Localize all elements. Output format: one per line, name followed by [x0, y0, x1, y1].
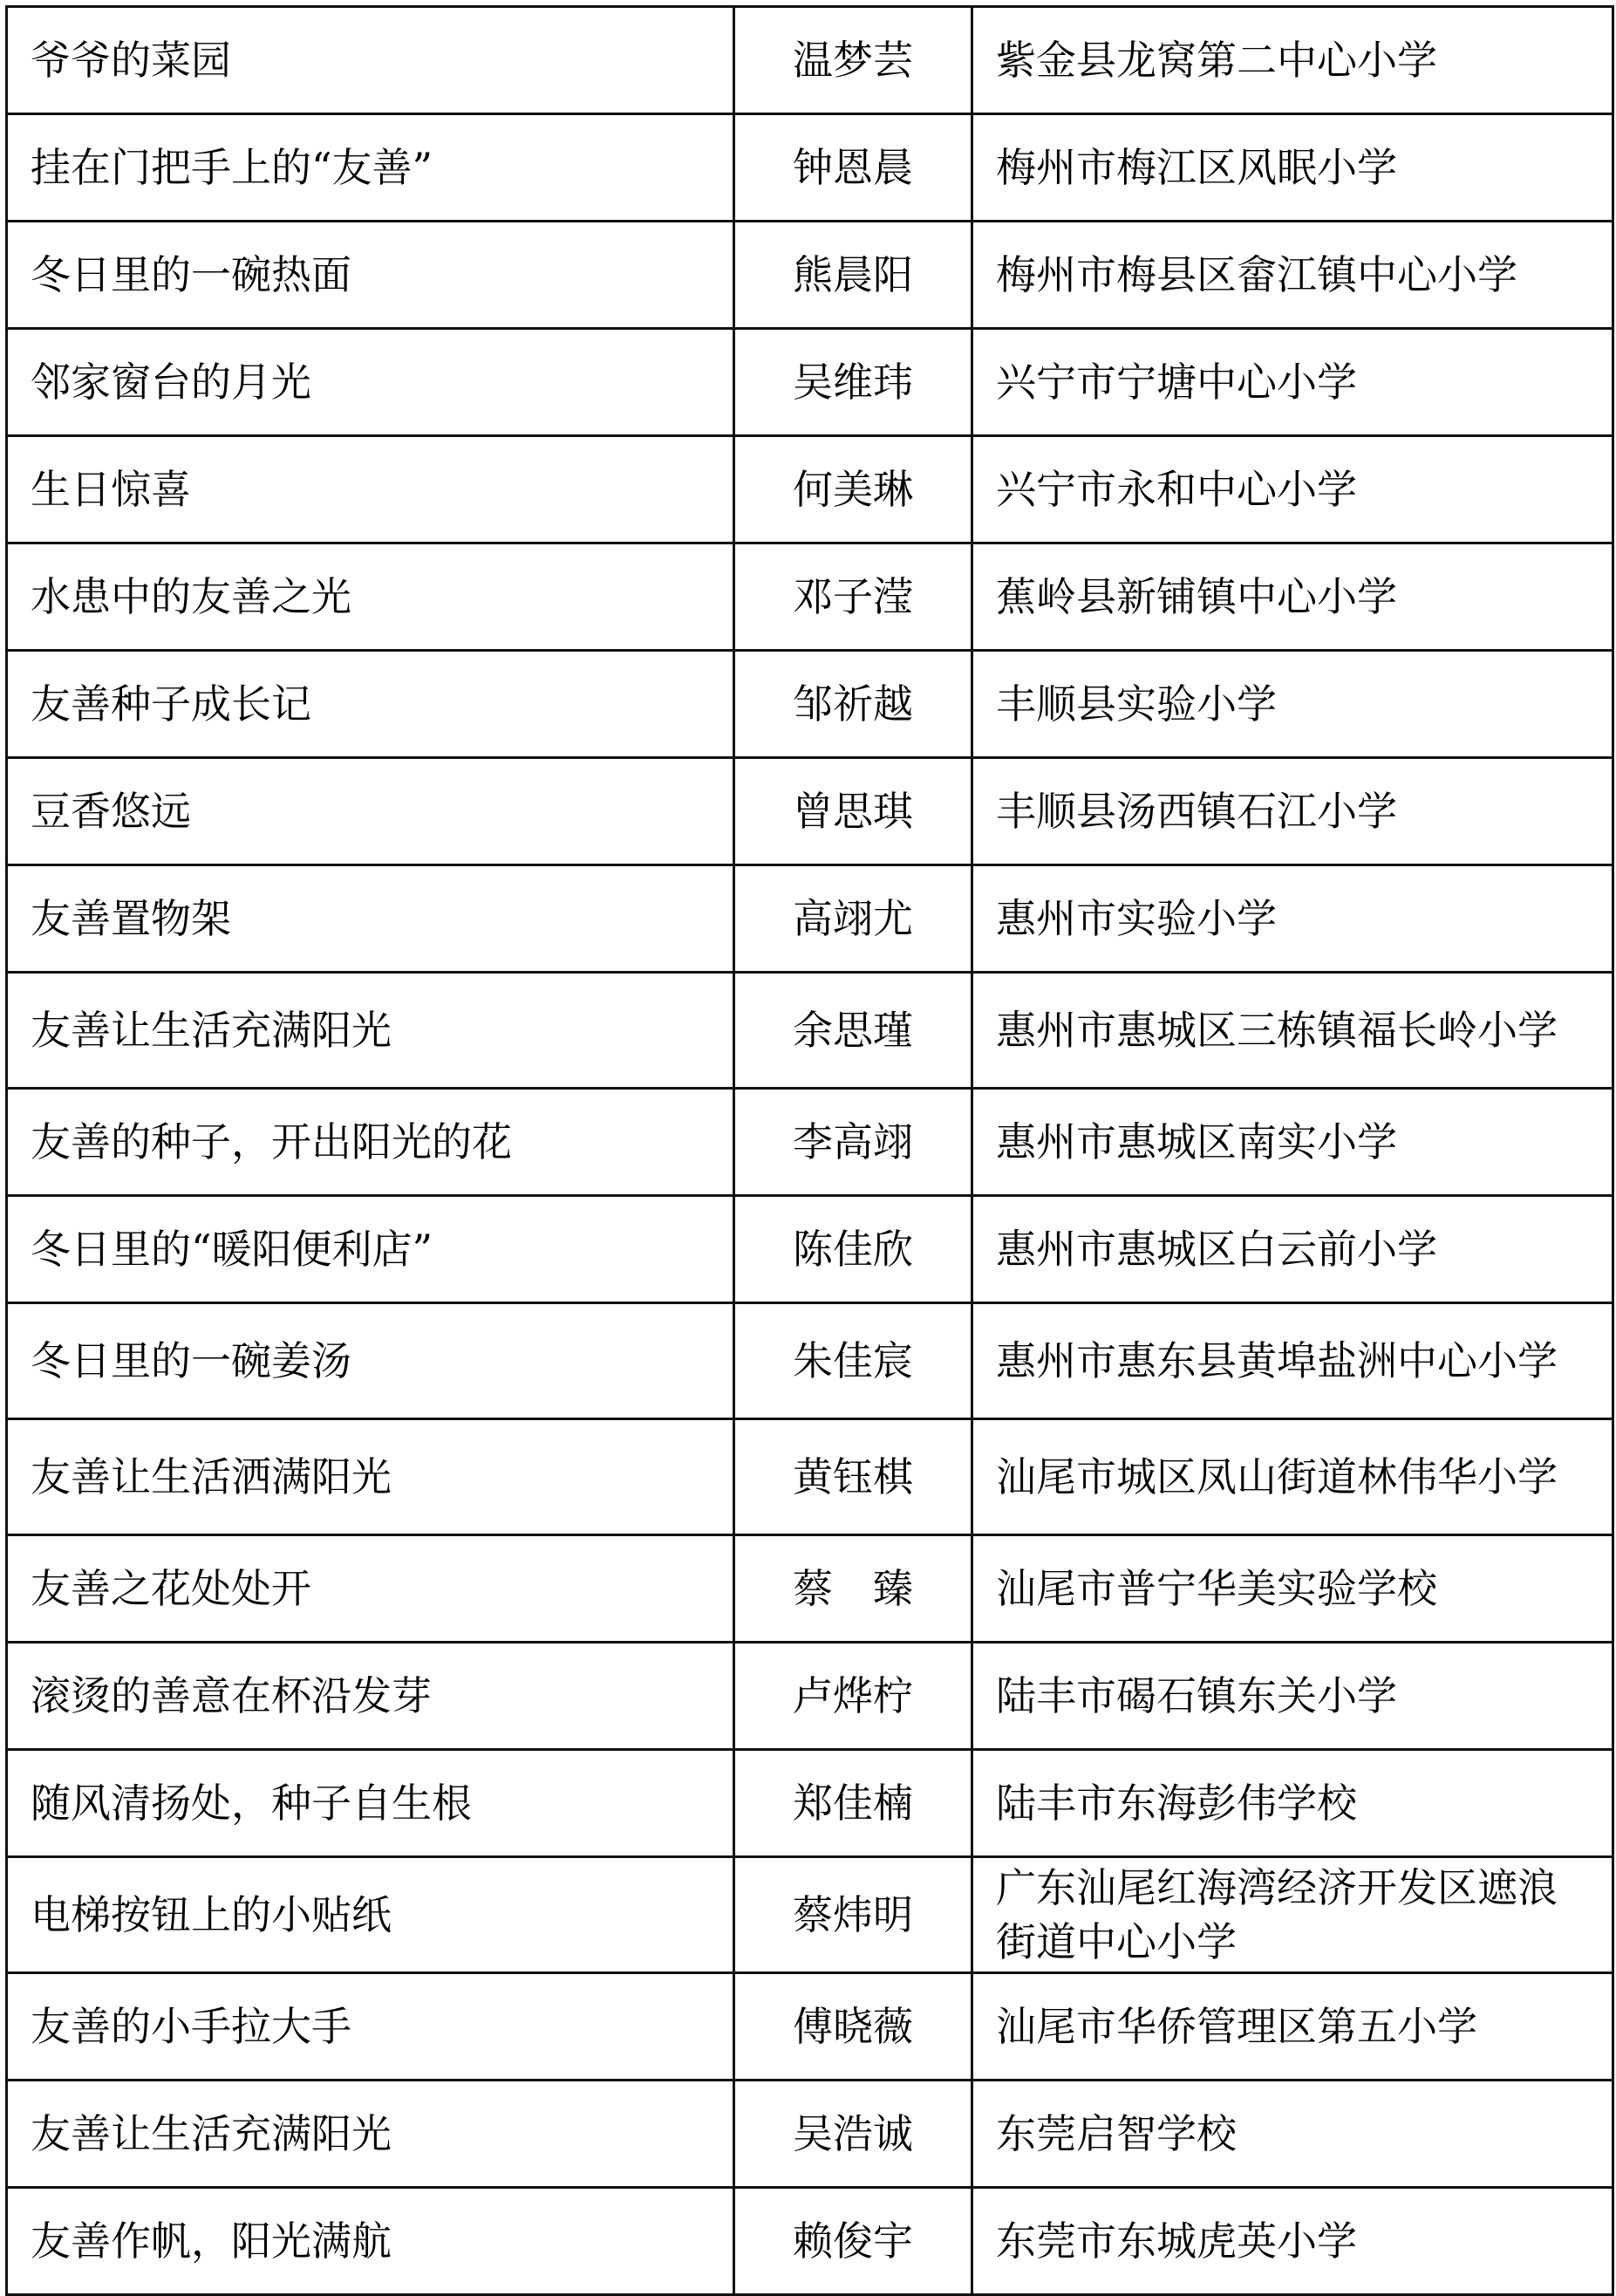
- table-row: 友善种子成长记邹祈越丰顺县实验小学: [7, 651, 1613, 758]
- author-name: 余思瑾: [734, 973, 972, 1089]
- author-name: 高翊尤: [734, 865, 972, 973]
- author-name: 钟恩晨: [734, 114, 972, 222]
- author-name: 李高翊: [734, 1089, 972, 1196]
- school-name: 兴宁市永和中心小学: [972, 436, 1613, 543]
- school-name: 陆丰市东海彭伟学校: [972, 1750, 1613, 1857]
- work-title: 冬日里的一碗热面: [7, 222, 734, 329]
- work-title: 电梯按钮上的小贴纸: [7, 1857, 734, 1973]
- table-row: 友善让生活充满阳光余思瑾惠州市惠城区三栋镇福长岭小学: [7, 973, 1613, 1089]
- author-name: 温梦芸: [734, 7, 972, 114]
- table-row: 滚烫的善意在杯沿发芽卢烨柠陆丰市碣石镇东关小学: [7, 1643, 1613, 1750]
- work-title: 滚烫的善意在杯沿发芽: [7, 1643, 734, 1750]
- work-title: 友善让生活充满阳光: [7, 2081, 734, 2188]
- school-name: 梅州市梅县区畲江镇中心小学: [972, 222, 1613, 329]
- award-table-body: 爷爷的菜园温梦芸紫金县龙窝第二中心小学 挂在门把手上的“友善”钟恩晨梅州市梅江区…: [7, 7, 1613, 2295]
- school-name: 兴宁市宁塘中心小学: [972, 329, 1613, 436]
- school-name: 陆丰市碣石镇东关小学: [972, 1643, 1613, 1750]
- work-title: 水患中的友善之光: [7, 543, 734, 651]
- school-name: 惠州市惠城区三栋镇福长岭小学: [972, 973, 1613, 1089]
- school-name: 汕尾市城区凤山街道林伟华小学: [972, 1419, 1613, 1535]
- school-name: 惠州市惠城区白云前小学: [972, 1196, 1613, 1303]
- table-row: 挂在门把手上的“友善”钟恩晨梅州市梅江区风眠小学: [7, 114, 1613, 222]
- table-row: 友善的种子，开出阳光的花李高翊惠州市惠城区南实小学: [7, 1089, 1613, 1196]
- work-title: 挂在门把手上的“友善”: [7, 114, 734, 222]
- school-name: 紫金县龙窝第二中心小学: [972, 7, 1613, 114]
- author-name: 卢烨柠: [734, 1643, 972, 1750]
- award-list-table: 爷爷的菜园温梦芸紫金县龙窝第二中心小学 挂在门把手上的“友善”钟恩晨梅州市梅江区…: [5, 5, 1614, 2296]
- author-name: 蔡 臻: [734, 1535, 972, 1643]
- work-title: 友善之花处处开: [7, 1535, 734, 1643]
- work-title: 友善的小手拉大手: [7, 1973, 734, 2081]
- school-name: 丰顺县实验小学: [972, 651, 1613, 758]
- table-row: 友善置物架高翊尤惠州市实验小学: [7, 865, 1613, 973]
- author-name: 郑佳楠: [734, 1750, 972, 1857]
- table-row: 友善的小手拉大手傅晓薇汕尾市华侨管理区第五小学: [7, 1973, 1613, 2081]
- table-row: 爷爷的菜园温梦芸紫金县龙窝第二中心小学: [7, 7, 1613, 114]
- work-title: 随风清扬处，种子自生根: [7, 1750, 734, 1857]
- work-title: 豆香悠远: [7, 758, 734, 865]
- school-name: 东莞市东城虎英小学: [972, 2188, 1613, 2295]
- school-name: 惠州市惠东县黄埠盐洲中心小学: [972, 1303, 1613, 1419]
- table-row: 豆香悠远曾思琪丰顺县汤西镇石江小学: [7, 758, 1613, 865]
- school-name: 蕉岭县新铺镇中心小学: [972, 543, 1613, 651]
- work-title: 友善作帆，阳光满航: [7, 2188, 734, 2295]
- author-name: 朱佳宸: [734, 1303, 972, 1419]
- author-name: 黄钰棋: [734, 1419, 972, 1535]
- work-title: 友善种子成长记: [7, 651, 734, 758]
- author-name: 邹祈越: [734, 651, 972, 758]
- author-name: 熊晨阳: [734, 222, 972, 329]
- table-row: 生日惊喜何美琳兴宁市永和中心小学: [7, 436, 1613, 543]
- school-name: 惠州市实验小学: [972, 865, 1613, 973]
- work-title: 邻家窗台的月光: [7, 329, 734, 436]
- work-title: 友善置物架: [7, 865, 734, 973]
- author-name: 何美琳: [734, 436, 972, 543]
- author-name: 吴维玮: [734, 329, 972, 436]
- author-name: 吴浩诚: [734, 2081, 972, 2188]
- school-name: 汕尾市普宁华美实验学校: [972, 1535, 1613, 1643]
- school-name: 汕尾市华侨管理区第五小学: [972, 1973, 1613, 2081]
- table-row: 水患中的友善之光邓子滢蕉岭县新铺镇中心小学: [7, 543, 1613, 651]
- work-title: 冬日里的一碗姜汤: [7, 1303, 734, 1419]
- author-name: 赖俊宇: [734, 2188, 972, 2295]
- work-title: 爷爷的菜园: [7, 7, 734, 114]
- school-name: 东莞启智学校: [972, 2081, 1613, 2188]
- work-title: 友善让生活洒满阳光: [7, 1419, 734, 1535]
- school-name: 惠州市惠城区南实小学: [972, 1089, 1613, 1196]
- table-row: 冬日里的一碗热面熊晨阳梅州市梅县区畲江镇中心小学: [7, 222, 1613, 329]
- school-name: 丰顺县汤西镇石江小学: [972, 758, 1613, 865]
- author-name: 傅晓薇: [734, 1973, 972, 2081]
- table-row: 友善之花处处开蔡 臻汕尾市普宁华美实验学校: [7, 1535, 1613, 1643]
- table-row: 邻家窗台的月光吴维玮兴宁市宁塘中心小学: [7, 329, 1613, 436]
- school-name: 梅州市梅江区风眠小学: [972, 114, 1613, 222]
- table-row: 友善让生活洒满阳光黄钰棋汕尾市城区凤山街道林伟华小学: [7, 1419, 1613, 1535]
- author-name: 邓子滢: [734, 543, 972, 651]
- author-name: 蔡炜明: [734, 1857, 972, 1973]
- school-name: 广东汕尾红海湾经济开发区遮浪街道中心小学: [972, 1857, 1613, 1973]
- table-row: 冬日里的“暖阳便利店”陈佳欣惠州市惠城区白云前小学: [7, 1196, 1613, 1303]
- table-row: 友善作帆，阳光满航赖俊宇东莞市东城虎英小学: [7, 2188, 1613, 2295]
- author-name: 曾思琪: [734, 758, 972, 865]
- table-row: 友善让生活充满阳光吴浩诚东莞启智学校: [7, 2081, 1613, 2188]
- work-title: 冬日里的“暖阳便利店”: [7, 1196, 734, 1303]
- table-row: 电梯按钮上的小贴纸蔡炜明广东汕尾红海湾经济开发区遮浪街道中心小学: [7, 1857, 1613, 1973]
- table-row: 随风清扬处，种子自生根郑佳楠陆丰市东海彭伟学校: [7, 1750, 1613, 1857]
- work-title: 友善的种子，开出阳光的花: [7, 1089, 734, 1196]
- table-row: 冬日里的一碗姜汤朱佳宸惠州市惠东县黄埠盐洲中心小学: [7, 1303, 1613, 1419]
- work-title: 友善让生活充满阳光: [7, 973, 734, 1089]
- author-name: 陈佳欣: [734, 1196, 972, 1303]
- work-title: 生日惊喜: [7, 436, 734, 543]
